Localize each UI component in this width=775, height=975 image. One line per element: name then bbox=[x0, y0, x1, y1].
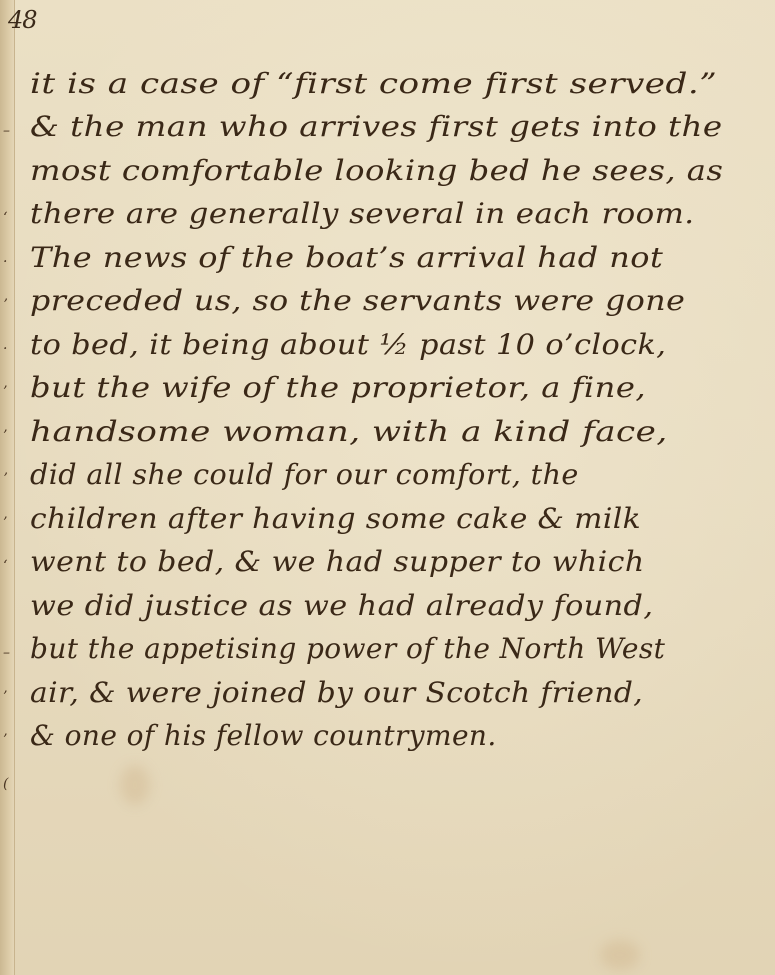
text-line: ( bbox=[0, 758, 775, 802]
text-line: we did justice as we had already found, bbox=[0, 584, 775, 628]
line-text: but the wife of the proprietor, a fine, bbox=[30, 371, 646, 404]
margin-mark: ‘ bbox=[3, 558, 7, 574]
text-line: ’ children after having some cake & milk bbox=[0, 497, 775, 541]
text-line: ‘ went to bed, & we had supper to which bbox=[0, 541, 775, 585]
line-text: to bed, it being about ½ past 10 o’clock… bbox=[30, 328, 666, 361]
line-text: & the man who arrives first gets into th… bbox=[30, 110, 723, 143]
text-line: ’ & one of his fellow countrymen. bbox=[0, 715, 775, 759]
text-line: · to bed, it being about ½ past 10 o’clo… bbox=[0, 323, 775, 367]
text-line: ’ air, & were joined by our Scotch frien… bbox=[0, 671, 775, 715]
margin-mark: – bbox=[3, 645, 10, 661]
margin-mark: ʼ bbox=[3, 471, 7, 487]
line-text: went to bed, & we had supper to which bbox=[30, 545, 645, 578]
line-text: handsome woman, with a kind face, bbox=[30, 415, 668, 448]
line-text: & one of his fellow countrymen. bbox=[30, 719, 497, 752]
text-line: – & the man who arrives first gets into … bbox=[0, 106, 775, 150]
text-line: ’ handsome woman, with a kind face, bbox=[0, 410, 775, 454]
text-line: · The news of the boat’s arrival had not bbox=[0, 236, 775, 280]
margin-mark: ’ bbox=[3, 732, 7, 748]
text-line: most comfortable looking bed he sees, as bbox=[0, 149, 775, 193]
margin-mark: ’ bbox=[3, 689, 7, 705]
line-text: there are generally several in each room… bbox=[30, 197, 694, 230]
margin-mark: ’ bbox=[3, 384, 7, 400]
margin-mark: – bbox=[3, 123, 10, 139]
text-line: ʼ preceded us, so the servants were gone bbox=[0, 280, 775, 324]
line-text: preceded us, so the servants were gone bbox=[30, 284, 685, 317]
margin-mark: ’ bbox=[3, 428, 7, 444]
line-text: it is a case of “first come first served… bbox=[30, 67, 717, 100]
margin-mark: ‘ bbox=[3, 210, 7, 226]
page-number: 48 bbox=[8, 6, 37, 34]
line-text: we did justice as we had already found, bbox=[30, 589, 653, 622]
manuscript-page: 48 it is a case of “first come first ser… bbox=[0, 0, 775, 975]
text-line: it is a case of “first come first served… bbox=[0, 62, 775, 106]
line-text: air, & were joined by our Scotch friend, bbox=[30, 676, 643, 709]
line-text: The news of the boat’s arrival had not bbox=[30, 241, 663, 274]
margin-mark: ’ bbox=[3, 515, 7, 531]
margin-mark: · bbox=[3, 254, 7, 270]
handwritten-text-block: it is a case of “first come first served… bbox=[0, 62, 775, 802]
text-line: ʼ did all she could for our comfort, the bbox=[0, 454, 775, 498]
text-line: – but the appetising power of the North … bbox=[0, 628, 775, 672]
margin-mark: ʼ bbox=[3, 297, 7, 313]
text-line: ’ but the wife of the proprietor, a fine… bbox=[0, 367, 775, 411]
margin-mark: · bbox=[3, 341, 7, 357]
line-text: children after having some cake & milk bbox=[30, 502, 641, 535]
paper-stain bbox=[600, 940, 640, 970]
line-text: most comfortable looking bed he sees, as bbox=[30, 154, 723, 187]
text-line: ‘ there are generally several in each ro… bbox=[0, 193, 775, 237]
line-text: did all she could for our comfort, the bbox=[30, 458, 579, 491]
line-text: but the appetising power of the North We… bbox=[30, 632, 665, 665]
margin-mark: ( bbox=[3, 776, 8, 792]
